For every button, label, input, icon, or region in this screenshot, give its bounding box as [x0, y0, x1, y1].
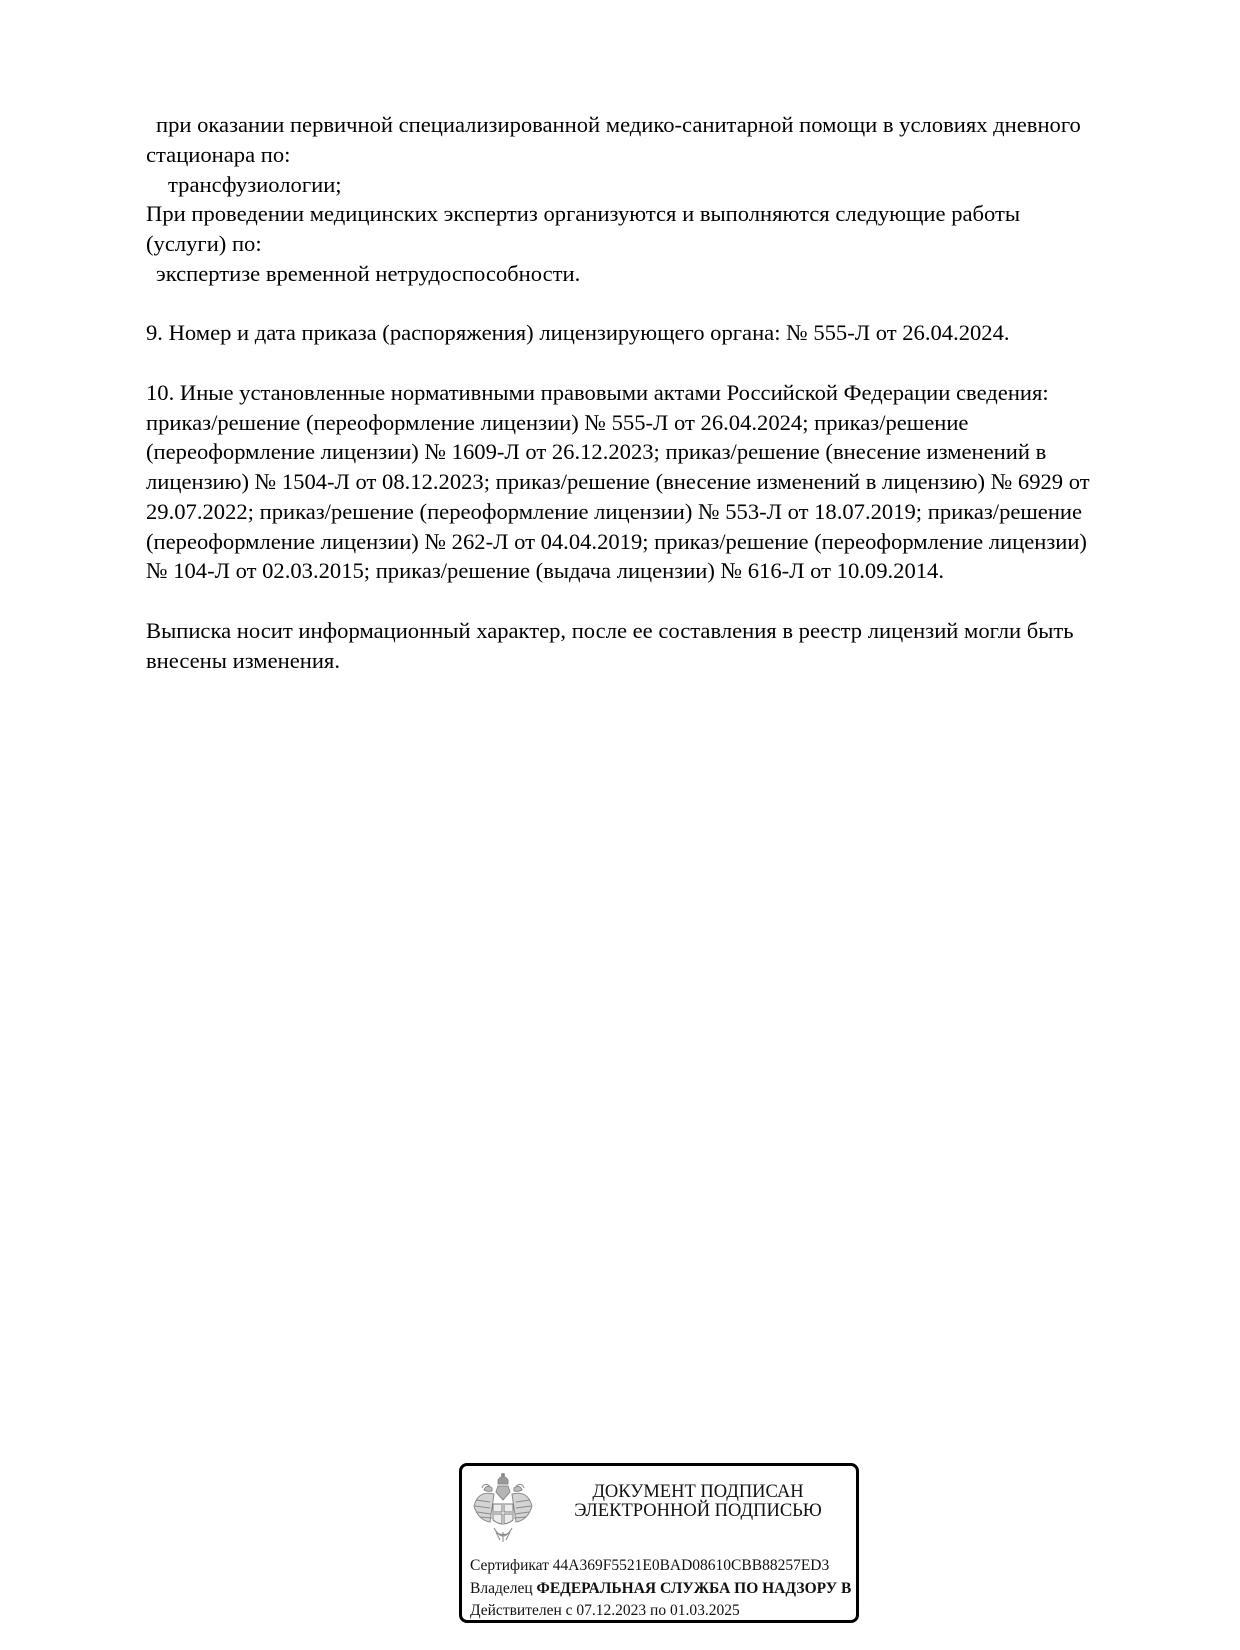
text-line: 10. Иные установленные нормативными прав…	[146, 378, 1146, 408]
certificate-row: Сертификат 44A369F5521E0BAD08610CBB88257…	[470, 1555, 859, 1578]
text-line: трансфузиологии;	[146, 170, 1146, 200]
text-line: Выписка носит информационный характер, п…	[146, 616, 1146, 646]
stamp-certificate-info: Сертификат 44A369F5521E0BAD08610CBB88257…	[470, 1555, 859, 1623]
text-line: (услуги) по:	[146, 229, 1146, 259]
text-line: стационара по:	[146, 140, 1146, 170]
text-line: приказ/решение (переоформление лицензии)…	[146, 408, 1146, 438]
electronic-signature-stamp: ДОКУМЕНТ ПОДПИСАН ЭЛЕКТРОННОЙ ПОДПИСЬЮ С…	[459, 1463, 859, 1623]
stamp-heading: ДОКУМЕНТ ПОДПИСАН ЭЛЕКТРОННОЙ ПОДПИСЬЮ	[548, 1483, 848, 1521]
text-line: При проведении медицинских экспертиз орг…	[146, 199, 1146, 229]
certificate-label: Сертификат	[470, 1557, 549, 1574]
document-body: при оказании первичной специализированно…	[146, 110, 1146, 675]
blank-line	[146, 586, 1146, 616]
owner-row: Владелец ФЕДЕРАЛЬНАЯ СЛУЖБА ПО НАДЗОРУ В…	[470, 1578, 859, 1601]
text-line: № 104-Л от 02.03.2015; приказ/решение (в…	[146, 556, 1146, 586]
text-line: 29.07.2022; приказ/решение (переоформлен…	[146, 497, 1146, 527]
text-line: лицензию) № 1504-Л от 08.12.2023; приказ…	[146, 467, 1146, 497]
validity-row: Действителен с 07.12.2023 по 01.03.2025	[470, 1600, 859, 1623]
owner-label: Владелец	[470, 1580, 533, 1597]
text-line: 9. Номер и дата приказа (распоряжения) л…	[146, 318, 1146, 348]
text-line: при оказании первичной специализированно…	[146, 110, 1146, 140]
blank-line	[146, 289, 1146, 319]
stamp-heading-line2: ЭЛЕКТРОННОЙ ПОДПИСЬЮ	[548, 1502, 848, 1521]
stamp-heading-line1: ДОКУМЕНТ ПОДПИСАН	[548, 1483, 848, 1502]
owner-value: ФЕДЕРАЛЬНАЯ СЛУЖБА ПО НАДЗОРУ В СФЕРЕ ЗД…	[537, 1580, 859, 1597]
russian-coat-of-arms-emblem-icon	[470, 1472, 536, 1546]
text-line: (переоформление лицензии) № 262-Л от 04.…	[146, 527, 1146, 557]
blank-line	[146, 348, 1146, 378]
text-line: экспертизе временной нетрудоспособности.	[146, 259, 1146, 289]
text-line: внесены изменения.	[146, 646, 1146, 676]
text-line: (переоформление лицензии) № 1609-Л от 26…	[146, 437, 1146, 467]
certificate-value: 44A369F5521E0BAD08610CBB88257ED3	[553, 1557, 829, 1574]
